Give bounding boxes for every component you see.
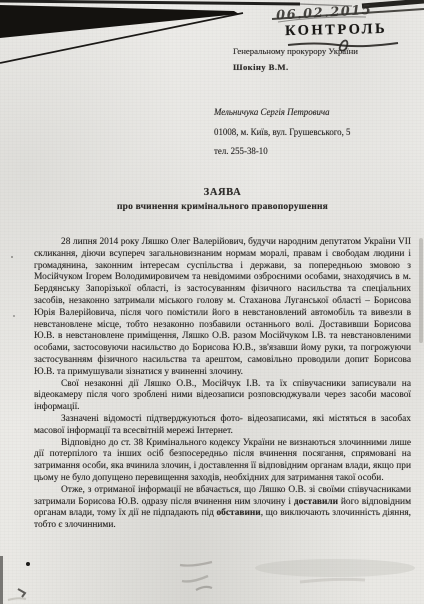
applicant-name: Мельничука Сергія Петровича bbox=[214, 103, 351, 123]
applicant-phone: тел. 255-38-10 bbox=[214, 142, 351, 162]
document-body: 28 липня 2014 року Ляшко Олег Валерійови… bbox=[34, 237, 411, 532]
recipient-name: Шокіну В.М. bbox=[233, 60, 358, 76]
applicant-address: 01008, м. Київ, вул. Грушевського, 5 bbox=[214, 123, 351, 143]
recipient-block: Генеральному прокурору України Шокіну В.… bbox=[233, 44, 358, 75]
scanned-document-page: 06.02.2015 КОНТРОЛЬ Генеральному прокуро… bbox=[0, 0, 424, 604]
ink-dot bbox=[26, 562, 30, 566]
paragraph-5: Отже, з отриманої інформації не вбачаєть… bbox=[34, 485, 411, 532]
applicant-block: Мельничука Сергія Петровича 01008, м. Ки… bbox=[214, 103, 351, 162]
scan-edge-sliver bbox=[0, 556, 3, 604]
paragraph-4: Відповідно до ст. 38 Кримінального кодек… bbox=[34, 438, 411, 485]
document-subtitle: про вчинення кримінального правопорушенн… bbox=[34, 202, 411, 212]
ink-speck bbox=[11, 256, 13, 258]
recipient-title: Генеральному прокурору України bbox=[233, 44, 358, 60]
control-stamp: КОНТРОЛЬ bbox=[285, 21, 387, 40]
ink-speck bbox=[13, 315, 15, 317]
paragraph-3: Зазначені відомості підтверджуються фото… bbox=[34, 414, 411, 438]
bottom-smudges bbox=[0, 552, 424, 604]
paragraph-5-bold-segment: обставини bbox=[216, 508, 260, 518]
paragraph-2: Свої незаконні дії Ляшко О.В., Мосійчук … bbox=[34, 379, 411, 414]
scan-edge-streak bbox=[419, 238, 423, 343]
paragraph-5-bold-segment: доставили bbox=[294, 497, 338, 507]
document-title: ЗАЯВА bbox=[34, 187, 411, 198]
document-title-block: ЗАЯВА про вчинення кримінального правопо… bbox=[34, 187, 411, 212]
paragraph-1: 28 липня 2014 року Ляшко Олег Валерійови… bbox=[34, 237, 411, 379]
